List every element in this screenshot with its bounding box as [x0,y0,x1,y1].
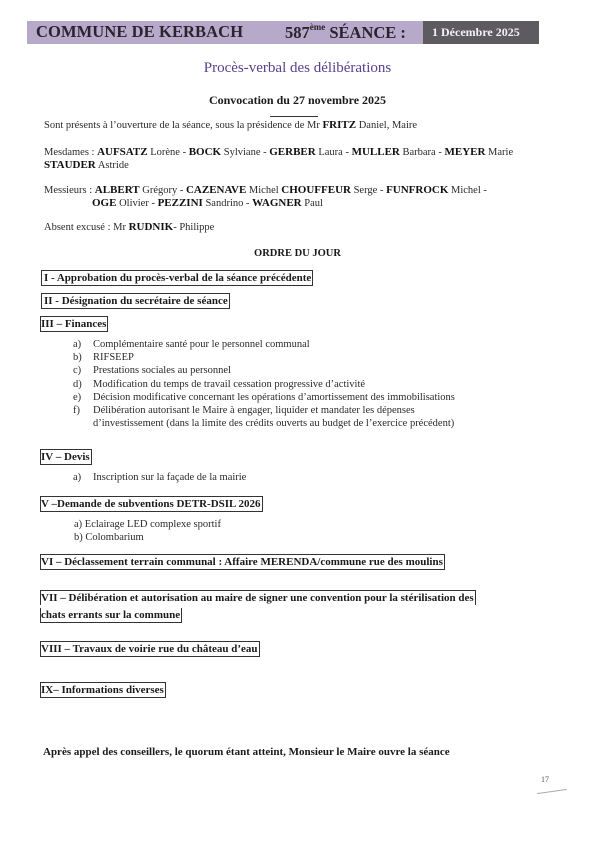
initials-mark [537,789,567,794]
item-letter: a) [74,519,82,530]
president-rest: Daniel, Maire [356,120,417,131]
item-text: Eclairage LED complexe sportif [85,519,221,530]
person-first: Grégory [142,185,177,196]
seance-num: 587 [285,23,310,42]
item-text: Délibération autorisant le Maire à engag… [93,404,415,417]
presents-paragraph: Sont présents à l’ouverture de la séance… [44,119,417,132]
absent-surname: RUDNIK [129,221,174,233]
item-letter: a) [73,471,93,484]
list-item-continuation: d’investissement (dans la limite des cré… [73,417,455,430]
item-text: d’investissement (dans la limite des cré… [93,417,454,430]
person-first: Michel [249,185,279,196]
mesdames-label: Mesdames : [44,147,97,158]
absent-label: Absent excusé : Mr [44,222,129,233]
person-first: Serge [354,185,378,196]
list-item: b)RIFSEEP [73,351,455,364]
person-first: Laura [318,147,342,158]
person-surname: BOCK [189,146,221,158]
list-item: f)Délibération autorisant le Maire à eng… [73,404,455,417]
person-surname: FUNFROCK [386,184,448,196]
commune-name: COMMUNE DE KERBACH [36,22,243,42]
signature-line [270,116,318,117]
messieurs-paragraph: Messieurs : ALBERT Grégory - CAZENAVE Mi… [44,184,487,210]
person-surname: CAZENAVE [186,184,246,196]
person-surname: ALBERT [95,184,140,196]
person-first: Paul [304,198,323,209]
page-number: 17 [541,775,549,784]
section-7-line-1: VII – Délibération et autorisation au ma… [40,590,476,605]
item-text: Inscription sur la façade de la mairie [93,471,246,484]
person-surname: AUFSATZ [97,146,148,158]
person-surname: OGE [92,197,116,209]
agenda-section-9: IX– Informations diverses [40,682,166,698]
devis-items: a)Inscription sur la façade de la mairie [73,471,246,484]
seance-date: 1 Décembre 2025 [423,21,539,44]
person-surname: MULLER [352,146,400,158]
president-surname: FRITZ [322,119,356,131]
list-item: b) Colombarium [74,531,221,544]
item-text: Prestations sociales au personnel [93,364,231,377]
person-first: Lorène [150,147,180,158]
person-first: Sandrino [205,198,243,209]
item-indent [73,417,93,430]
person-first: Olivier [119,198,149,209]
agenda-section-5: V –Demande de subventions DETR-DSIL 2026 [40,496,263,512]
agenda-section-1: I - Approbation du procès-verbal de la s… [41,270,313,286]
list-item: a)Inscription sur la façade de la mairie [73,471,246,484]
section-7-line-2: chats errants sur la commune [40,608,182,623]
presents-intro: Sont présents à l’ouverture de la séance… [44,120,322,131]
agenda-section-2: II - Désignation du secrétaire de séance [41,293,230,309]
item-letter: f) [73,404,93,417]
seance-number: 587ème SÉANCE : [285,22,406,43]
person-surname: GERBER [269,146,315,158]
agenda-section-4: IV – Devis [40,449,92,465]
messieurs-label: Messieurs : [44,185,95,196]
agenda-section-7: VII – Délibération et autorisation au ma… [40,590,476,623]
item-letter: a) [73,338,93,351]
list-item: e)Décision modificative concernant les o… [73,391,455,404]
seance-suffix: ème [310,22,326,32]
item-letter: d) [73,378,93,391]
seance-label: SÉANCE : [329,23,406,42]
agenda-section-3: III – Finances [40,316,108,332]
absent-paragraph: Absent excusé : Mr RUDNIK- Philippe [44,221,214,234]
person-first: Marie [488,147,513,158]
item-text: Colombarium [85,532,143,543]
header-banner: COMMUNE DE KERBACH 587ème SÉANCE : 1 Déc… [27,21,539,44]
agenda-section-8: VIII – Travaux de voirie rue du château … [40,641,260,657]
person-first: Michel [451,185,481,196]
person-surname: STAUDER [44,159,96,171]
person-surname: CHOUFFEUR [281,184,351,196]
item-text: RIFSEEP [93,351,134,364]
person-first: Sylviane [224,147,261,158]
mesdames-paragraph: Mesdames : AUFSATZ Lorène - BOCK Sylvian… [44,146,513,172]
person-first: Barbara [402,147,435,158]
item-text: Complémentaire santé pour le personnel c… [93,338,310,351]
item-text: Modification du temps de travail cessati… [93,378,365,391]
agenda-section-6: VI – Déclassement terrain communal : Aff… [40,554,445,570]
closing-statement: Après appel des conseillers, le quorum é… [43,746,450,758]
list-item: c)Prestations sociales au personnel [73,364,455,377]
item-letter: b) [74,532,83,543]
finances-items: a)Complémentaire santé pour le personnel… [73,338,455,430]
person-first: Astride [98,160,129,171]
person-surname: WAGNER [252,197,302,209]
person-surname: MEYER [444,146,485,158]
item-text: Décision modificative concernant les opé… [93,391,455,404]
convocation-date: Convocation du 27 novembre 2025 [0,93,595,108]
absent-first: - Philippe [173,222,214,233]
agenda-heading: ORDRE DU JOUR [0,248,595,259]
item-letter: b) [73,351,93,364]
list-item: a) Eclairage LED complexe sportif [74,518,221,531]
item-letter: e) [73,391,93,404]
list-item: d)Modification du temps de travail cessa… [73,378,455,391]
list-item: a)Complémentaire santé pour le personnel… [73,338,455,351]
subventions-items: a) Eclairage LED complexe sportif b) Col… [74,518,221,544]
item-letter: c) [73,364,93,377]
person-surname: PEZZINI [158,197,203,209]
document-title: Procès-verbal des délibérations [0,60,595,77]
